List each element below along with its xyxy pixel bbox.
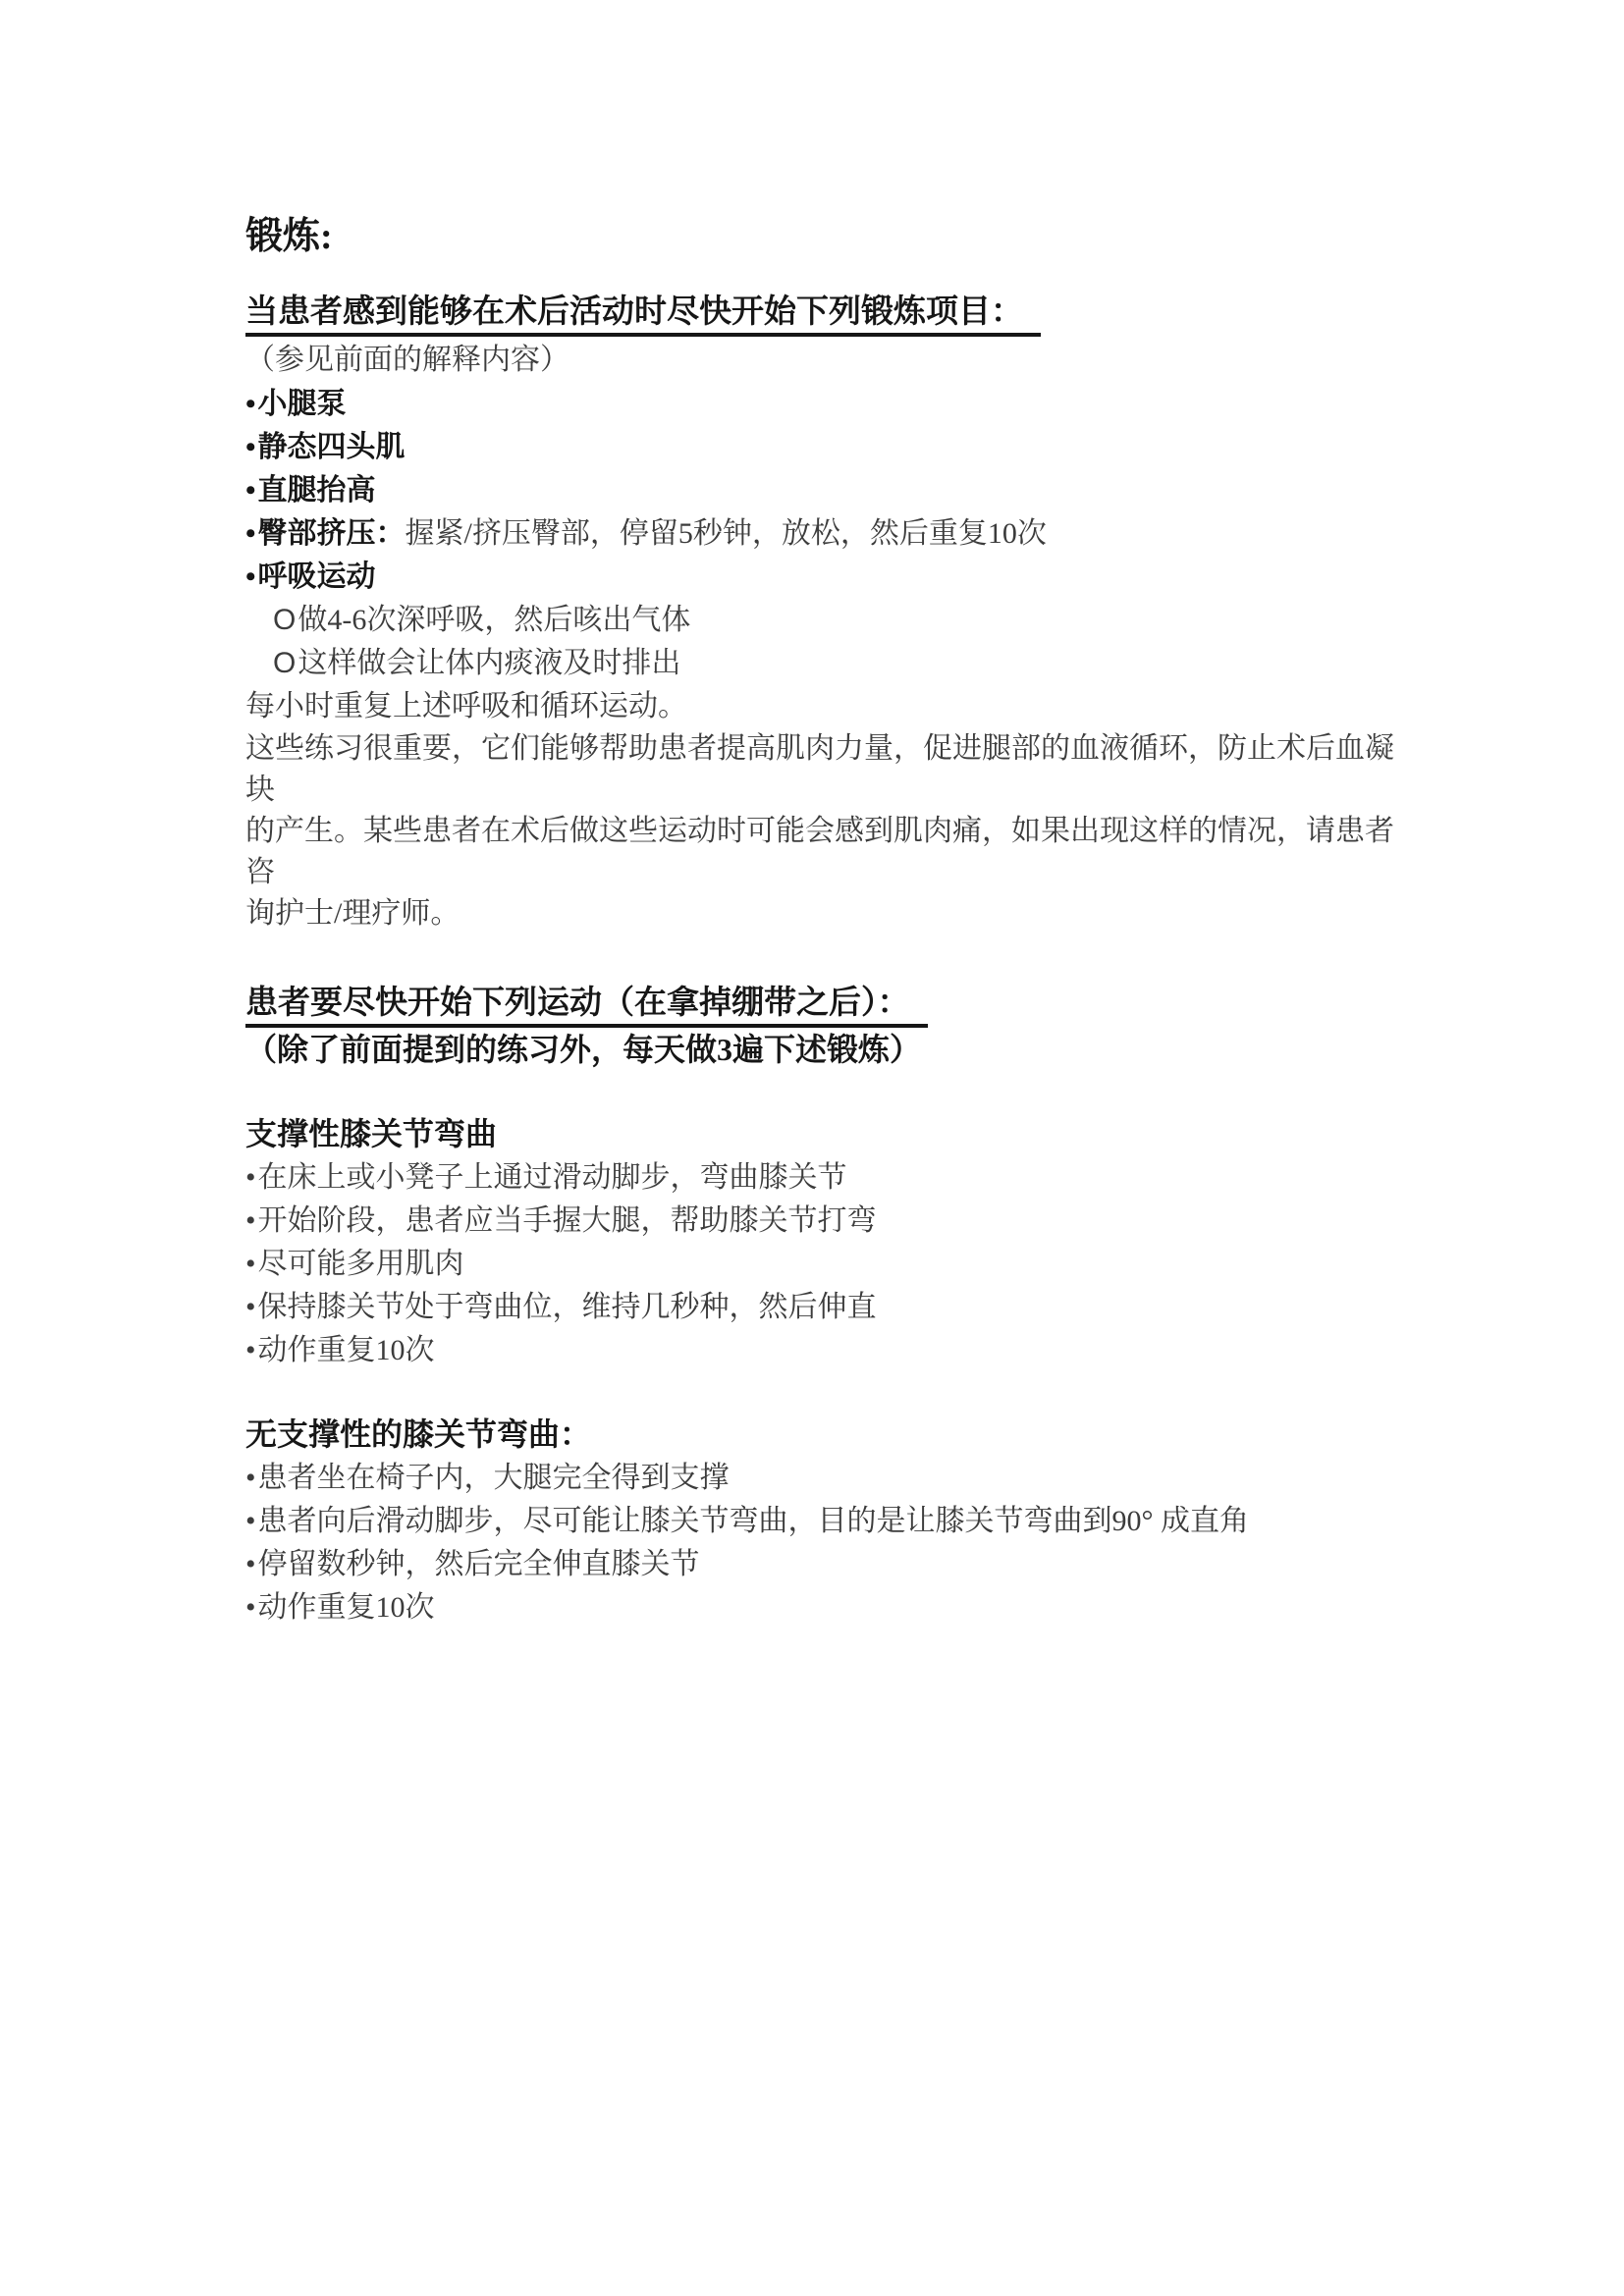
unsupported-knee-bend-item: •动作重复10次 — [245, 1586, 1399, 1629]
unsupported-knee-bend-item: •停留数秒钟，然后完全伸直膝关节 — [245, 1543, 1399, 1586]
bullet-marker: • — [245, 1248, 256, 1280]
bullet-marker: • — [245, 388, 256, 420]
exercise-bullet-list: •小腿泵 •静态四头肌 •直腿抬高 •臀部挤压：握紧/挤压臀部，停留5秒钟，放松… — [245, 383, 1399, 599]
importance-paragraph: 这些练习很重要，它们能够帮助患者提高肌肉力量，促进腿部的血液循环，防止术后血凝块… — [245, 728, 1399, 934]
supported-knee-bend-item: •尽可能多用肌肉 — [245, 1243, 1399, 1286]
exercise-term: 呼吸运动 — [258, 561, 376, 593]
circle-bullet-marker: O — [273, 604, 296, 636]
instruction-text: 开始阶段，患者应当手握大腿，帮助膝关节打弯 — [258, 1204, 877, 1237]
unsupported-knee-bend-item: •患者向后滑动脚步，尽可能让膝关节弯曲，目的是让膝关节弯曲到90° 成直角 — [245, 1500, 1399, 1543]
bullet-marker: • — [245, 1334, 256, 1366]
instruction-text: 动作重复10次 — [258, 1334, 435, 1366]
bullet-marker: • — [245, 1291, 256, 1323]
bullet-marker: • — [245, 517, 256, 550]
exercise-list-item: •小腿泵 — [245, 383, 1399, 426]
supported-knee-bend-heading: 支撑性膝关节弯曲 — [245, 1111, 1399, 1156]
instruction-text: 动作重复10次 — [258, 1591, 435, 1624]
supported-knee-bend-item: •在床上或小凳子上通过滑动脚步，弯曲膝关节 — [245, 1156, 1399, 1200]
section2-heading: 患者要尽快开始下列运动（在拿掉绷带之后）： — [245, 980, 1399, 1027]
instruction-text: 在床上或小凳子上通过滑动脚步，弯曲膝关节 — [258, 1161, 847, 1194]
breathing-sub-list: O做4-6次深呼吸，然后咳出气体 O这样做会让体内痰液及时排出 — [245, 599, 1399, 685]
section1-heading-text: 当患者感到能够在术后活动时尽快开始下列锻炼项目： — [245, 294, 1041, 337]
instruction-text: 尽可能多用肌肉 — [258, 1248, 464, 1280]
exercise-list-item: •臀部挤压：握紧/挤压臀部，停留5秒钟，放松，然后重复10次 — [245, 512, 1399, 556]
document-page: 锻炼: 当患者感到能够在术后活动时尽快开始下列锻炼项目： （参见前面的解释内容）… — [0, 0, 1624, 2296]
bullet-marker: • — [245, 1505, 256, 1537]
paragraph-line: 这些练习很重要，它们能够帮助患者提高肌肉力量，促进腿部的血液循环，防止术后血凝块 — [245, 728, 1399, 811]
bullet-marker: • — [245, 561, 256, 593]
section2: 患者要尽快开始下列运动（在拿掉绷带之后）： （除了前面提到的练习外，每天做3遍下… — [245, 980, 1399, 1629]
exercise-list-item: •静态四头肌 — [245, 426, 1399, 469]
breathing-sub-item: O做4-6次深呼吸，然后咳出气体 — [245, 599, 1399, 642]
breathing-sub-text: 这样做会让体内痰液及时排出 — [298, 647, 680, 679]
exercise-list-item: •呼吸运动 — [245, 556, 1399, 599]
unsupported-knee-bend-heading: 无支撑性的膝关节弯曲： — [245, 1412, 1399, 1457]
breathing-sub-item: O这样做会让体内痰液及时排出 — [245, 642, 1399, 685]
bullet-marker: • — [245, 1204, 256, 1237]
instruction-text: 患者向后滑动脚步，尽可能让膝关节弯曲，目的是让膝关节弯曲到90° 成直角 — [258, 1505, 1250, 1537]
exercise-term: 直腿抬高 — [258, 474, 376, 507]
section1-heading: 当患者感到能够在术后活动时尽快开始下列锻炼项目： — [245, 289, 1399, 336]
bullet-marker: • — [245, 1462, 256, 1494]
paragraph-line: 的产生。某些患者在术后做这些运动时可能会感到肌肉痛，如果出现这样的情况，请患者咨 — [245, 811, 1399, 893]
bullet-marker: • — [245, 1161, 256, 1194]
instruction-text: 保持膝关节处于弯曲位，维持几秒种，然后伸直 — [258, 1291, 877, 1323]
section1-note: （参见前面的解释内容） — [245, 338, 1399, 383]
section2-note: （除了前面提到的练习外，每天做3遍下述锻炼） — [245, 1027, 1399, 1072]
section2-heading-text: 患者要尽快开始下列运动（在拿掉绷带之后）： — [245, 986, 928, 1028]
bullet-marker: • — [245, 431, 256, 463]
supported-knee-bend-item: •保持膝关节处于弯曲位，维持几秒种，然后伸直 — [245, 1286, 1399, 1329]
exercise-term: 小腿泵 — [258, 388, 347, 420]
unsupported-knee-bend-list: •患者坐在椅子内，大腿完全得到支撑 •患者向后滑动脚步，尽可能让膝关节弯曲，目的… — [245, 1457, 1399, 1629]
circle-bullet-marker: O — [273, 647, 296, 679]
paragraph-line: 询护士/理疗师。 — [245, 893, 1399, 934]
bullet-marker: • — [245, 474, 256, 507]
bullet-marker: • — [245, 1591, 256, 1624]
bullet-marker: • — [245, 1548, 256, 1580]
breathing-sub-text: 做4-6次深呼吸，然后咳出气体 — [298, 604, 690, 636]
instruction-text: 患者坐在椅子内，大腿完全得到支撑 — [258, 1462, 730, 1494]
supported-knee-bend-item: •动作重复10次 — [245, 1329, 1399, 1372]
unsupported-knee-bend-item: •患者坐在椅子内，大腿完全得到支撑 — [245, 1457, 1399, 1500]
page-title: 锻炼: — [245, 214, 1399, 259]
supported-knee-bend-list: •在床上或小凳子上通过滑动脚步，弯曲膝关节 •开始阶段，患者应当手握大腿，帮助膝… — [245, 1156, 1399, 1372]
exercise-term: 静态四头肌 — [258, 431, 406, 463]
hourly-repeat-line: 每小时重复上述呼吸和循环运动。 — [245, 685, 1399, 728]
instruction-text: 停留数秒钟，然后完全伸直膝关节 — [258, 1548, 700, 1580]
document-content: 锻炼: 当患者感到能够在术后活动时尽快开始下列锻炼项目： （参见前面的解释内容）… — [245, 214, 1399, 1629]
exercise-term: 臀部挤压： — [258, 517, 406, 550]
exercise-description: 握紧/挤压臀部，停留5秒钟，放松，然后重复10次 — [406, 517, 1047, 550]
exercise-list-item: •直腿抬高 — [245, 469, 1399, 512]
supported-knee-bend-item: •开始阶段，患者应当手握大腿，帮助膝关节打弯 — [245, 1200, 1399, 1243]
